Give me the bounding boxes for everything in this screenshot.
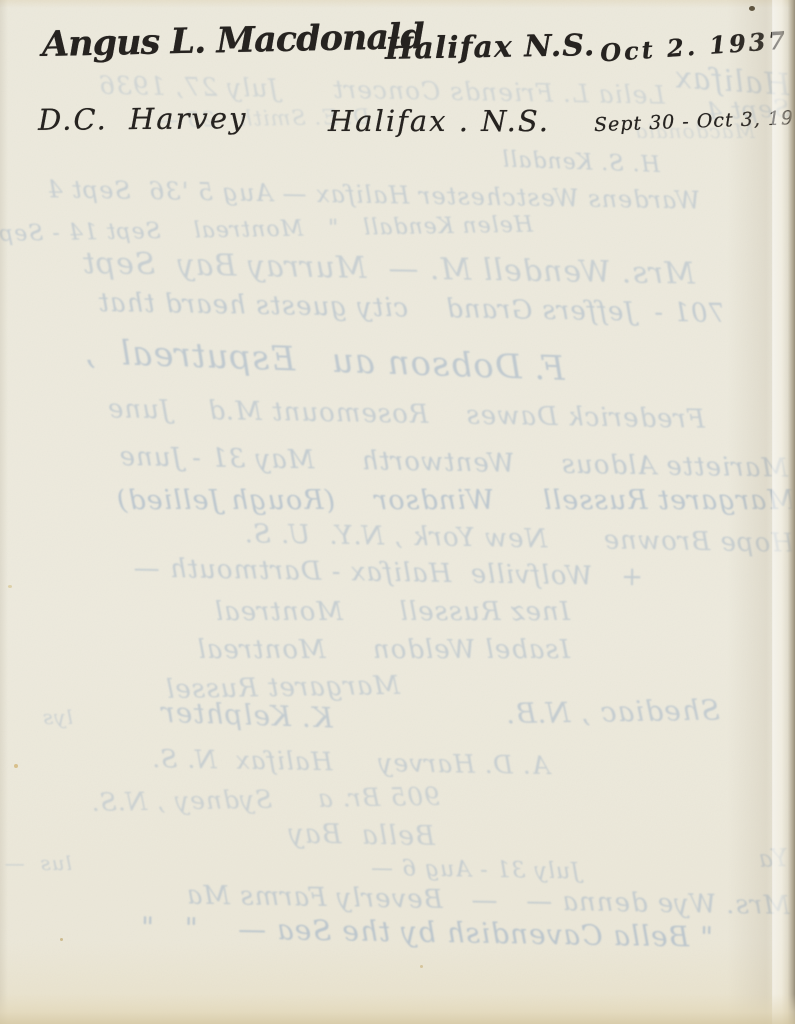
paper-speck	[8, 585, 12, 588]
page-right-edge	[788, 0, 795, 1024]
paper-speck	[14, 764, 18, 768]
page-right-shading	[727, 0, 773, 1024]
scanned-register-page: Lelia L. Friends Concert July 27, 1936Ha…	[0, 0, 795, 1024]
signature-layer: Angus L. Macdonald Halifax N.S. Oct 2. 1…	[0, 0, 795, 1024]
page-left-shading	[0, 0, 8, 1024]
signature-name-1: Angus L. Macdonald	[42, 16, 425, 65]
paper-speck	[420, 965, 423, 968]
signature-place-1: Halifax N.S.	[385, 28, 596, 67]
signature-name-2: D.C. Harvey	[38, 101, 248, 137]
page-right-crease	[772, 0, 788, 1024]
paper-speck	[749, 6, 755, 11]
page-bottom-shading	[0, 994, 795, 1024]
signature-place-2: Halifax . N.S.	[328, 104, 550, 138]
paper-speck	[60, 938, 63, 941]
